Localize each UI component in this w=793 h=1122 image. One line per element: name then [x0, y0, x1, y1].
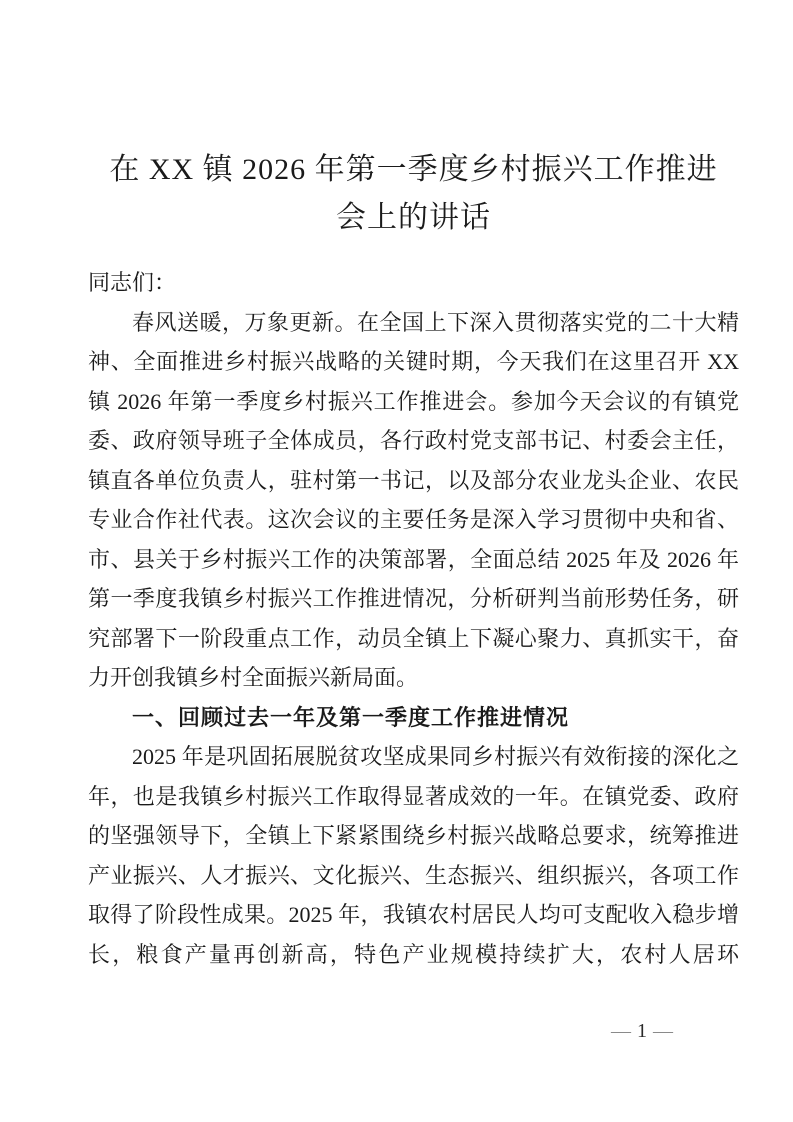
- paragraph-opening: 春风送暖，万象更新。在全国上下深入贯彻落实党的二十大精神、全面推进乡村振兴战略的…: [88, 303, 739, 698]
- page-number-dash-left: —: [607, 1020, 635, 1042]
- title-line-1: 在 XX 镇 2026 年第一季度乡村振兴工作推进: [88, 146, 739, 194]
- section-heading-1: 一、回顾过去一年及第一季度工作推进情况: [88, 698, 739, 738]
- page-number: —1—: [607, 1018, 677, 1044]
- paragraph-review: 2025 年是巩固拓展脱贫攻坚成果同乡村振兴有效衔接的深化之年，也是我镇乡村振兴…: [88, 737, 739, 974]
- page-number-value: 1: [635, 1020, 649, 1042]
- salutation: 同志们：: [88, 263, 739, 303]
- document-title: 在 XX 镇 2026 年第一季度乡村振兴工作推进 会上的讲话: [88, 146, 739, 242]
- page-number-dash-right: —: [649, 1020, 677, 1042]
- document-content: 在 XX 镇 2026 年第一季度乡村振兴工作推进 会上的讲话 同志们： 春风送…: [0, 146, 793, 974]
- title-line-2: 会上的讲话: [88, 194, 739, 242]
- document-page: 在 XX 镇 2026 年第一季度乡村振兴工作推进 会上的讲话 同志们： 春风送…: [0, 0, 793, 1122]
